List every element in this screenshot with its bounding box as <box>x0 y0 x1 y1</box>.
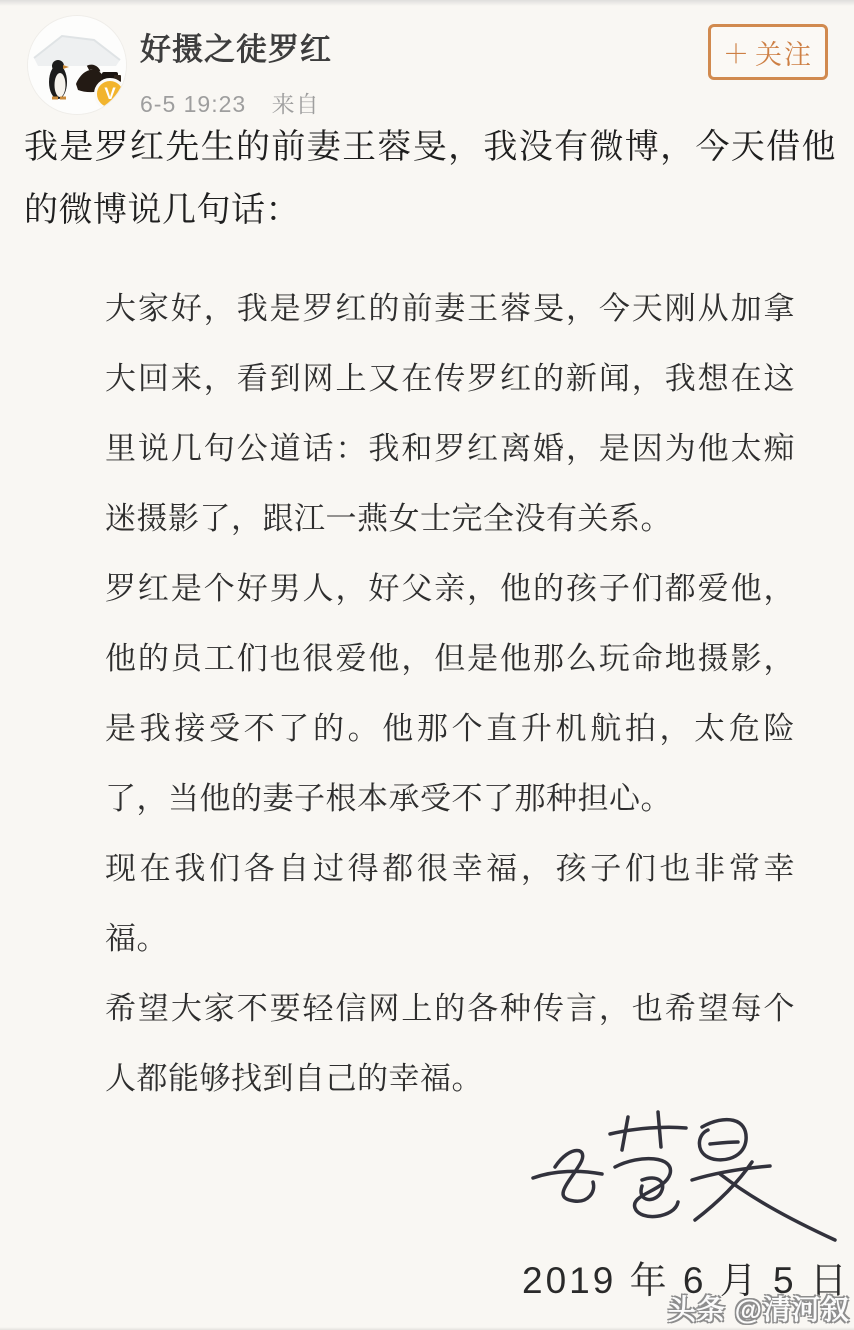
letter-paragraph: 罗红是个好男人，好父亲，他的孩子们都爱他，他的员工们也很爱他，但是他那么玩命地摄… <box>105 554 795 834</box>
post-text: 我是罗红先生的前妻王蓉旻，我没有微博，今天借他的微博说几句话： <box>24 116 836 242</box>
post-meta: 6-5 19:23 来自 <box>140 86 332 119</box>
signature-handwriting <box>430 1092 840 1257</box>
post-source: 来自 <box>272 91 320 117</box>
verified-badge-icon: V <box>94 78 126 110</box>
letter-image[interactable]: 大家好，我是罗红的前妻王蓉旻，今天刚从加拿大回来，看到网上又在传罗红的新闻，我想… <box>105 274 795 1114</box>
username[interactable]: 好摄之徒罗红 <box>140 24 332 69</box>
plus-icon: ＋ <box>723 34 751 71</box>
letter-paragraph: 现在我们各自过得都很幸福，孩子们也非常幸福。 <box>105 834 795 974</box>
follow-button[interactable]: ＋ 关注 <box>708 24 828 80</box>
timestamp: 6-5 19:23 <box>140 91 246 117</box>
follow-button-label: 关注 <box>755 33 813 72</box>
letter-paragraph: 大家好，我是罗红的前妻王蓉旻，今天刚从加拿大回来，看到网上又在传罗红的新闻，我想… <box>105 274 795 554</box>
user-info: 好摄之徒罗红 6-5 19:23 来自 <box>140 24 332 119</box>
signature-strokes <box>430 1092 840 1257</box>
weibo-post-page: V 好摄之徒罗红 6-5 19:23 来自 ＋ 关注 我是罗红先生的前妻王蓉旻，… <box>0 0 854 1330</box>
watermark: 头条 @清河叙 <box>668 1288 850 1328</box>
post-header: V 好摄之徒罗红 6-5 19:23 来自 ＋ 关注 <box>28 16 844 116</box>
avatar[interactable]: V <box>28 16 126 114</box>
top-edge-shadow <box>0 0 854 6</box>
